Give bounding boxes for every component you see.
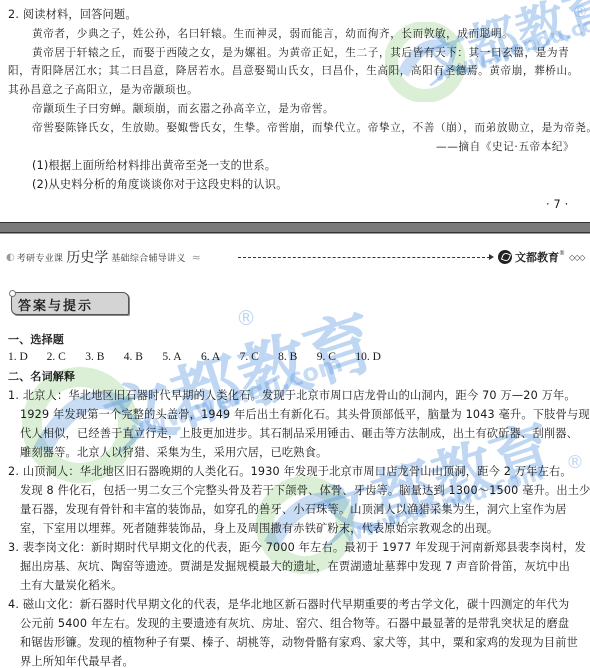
term-1-line-3: 代人相似，已经善于直立行走，上肢更加进步。其石制品采用锤击、砸击等方法制成，出土… bbox=[20, 427, 578, 441]
running-head: ◐ 考研专业课 历史学 基础综合辅导讲义 ≈ bbox=[6, 248, 201, 266]
term-2-line-1: 2. 山顶洞人：华北地区旧石器晚期的人类化石。1930 年发现于北京市周口店龙骨… bbox=[8, 465, 572, 479]
term-2-line-4: 室，下室用以埋葬。死者随葬装饰品，身上及周围撒有赤铁矿粉末，代表原始宗教观念的出… bbox=[20, 522, 498, 536]
cloud-curl-icon: ◐ bbox=[6, 252, 15, 263]
part1-title: 一、选择题 bbox=[8, 333, 64, 347]
term-1-line-2: 1929 年发现第一个完整的头盖骨，1949 年后出土有新化石。其头骨顶部低平，… bbox=[20, 408, 590, 422]
diamond-chain-icon: ◇◇◇ bbox=[569, 253, 584, 262]
cloud-swirl-icon: ≈ bbox=[192, 251, 201, 264]
brand-registered: ® bbox=[559, 250, 565, 257]
page-header-rule bbox=[0, 233, 590, 234]
brand-logo-icon bbox=[498, 250, 512, 264]
choice-answer: 10. D bbox=[355, 351, 394, 363]
question-title: 2. 阅读材料，回答问题。 bbox=[8, 8, 137, 22]
choice-answer: 1. D bbox=[8, 351, 47, 363]
running-head-subject: 历史学 bbox=[66, 247, 108, 267]
arrow-icon bbox=[489, 254, 494, 260]
choice-answer: 4. B bbox=[124, 351, 163, 363]
part2-title: 二、名词解释 bbox=[8, 370, 75, 384]
choice-answer: 8. B bbox=[278, 351, 317, 363]
running-head-suffix: 基础综合辅导讲义 bbox=[111, 251, 185, 264]
term-4-line-1: 4. 磁山文化：新石器时代早期文化的代表，是华北地区新石器时代早期重要的考古学文… bbox=[8, 598, 569, 612]
choice-answer: 5. A bbox=[162, 351, 201, 363]
brand-logo-group: 文都教育 ® ◇◇◇ bbox=[498, 249, 584, 265]
passage-line-6: 帝喾娶陈锋氏女，生放勋。娶娵訾氏女，生挚。帝喾崩，而挚代立。帝挚立，不善（崩），… bbox=[32, 121, 590, 135]
term-2-line-2: 发现 8 件化石，包括一男二女三个完整头骨及若干下颌骨、体骨、牙齿等。脑量达到 … bbox=[20, 484, 590, 498]
answer-section-label-text: 答案与提示 bbox=[18, 295, 93, 314]
choice-answer: 9. C bbox=[317, 351, 356, 363]
page-content: 2. 阅读材料，回答问题。 黄帝者，少典之子，姓公孙，名曰轩辕。生而神灵，弱而能… bbox=[0, 0, 590, 668]
sub-question-1: (1)根据上面所给材料排出黄帝至尧一支的世系。 bbox=[32, 159, 276, 173]
term-3-line-2: 掘出房基、灰坑、陶窑等遗迹。贾湖是发掘规模最大的遗址，在贾湖遗址墓葬中发现 7 … bbox=[20, 560, 570, 574]
passage-source: ——摘自《史记·五帝本纪》 bbox=[436, 140, 574, 154]
choice-answer: 7. C bbox=[240, 351, 279, 363]
passage-line-5: 帝颛顼生子曰穷蝉。颛顼崩，而玄嚣之孙高辛立，是为帝喾。 bbox=[32, 102, 334, 116]
passage-line-1: 黄帝者，少典之子，姓公孙，名曰轩辕。生而神灵，弱而能言，幼而徇齐，长而敦敏，成而… bbox=[32, 27, 513, 41]
choice-answers: 1. D 2. C 3. B 4. B 5. A 6. A 7. C 8. B … bbox=[8, 351, 394, 363]
choice-answer: 6. A bbox=[201, 351, 240, 363]
term-3-line-1: 3. 裴李岗文化：新时期时代早期文化的代表，距今 7000 年左右。最初于 19… bbox=[8, 541, 586, 555]
term-4-line-2: 公元前 5400 年左右。发现的主要遗迹有灰坑、房址、窑穴、组合物等。石器中最显… bbox=[20, 617, 569, 631]
term-4-line-3: 和锯齿形镰。发现的植物种子有粟、榛子、胡桃等，动物骨骼有家鸡、家犬等，其中，粟和… bbox=[20, 636, 578, 650]
passage-line-4: 其孙昌意之子高阳立，是为帝颛顼也。 bbox=[8, 83, 198, 97]
choice-answer: 3. B bbox=[85, 351, 124, 363]
term-4-line-4: 界上所知年代最早者。 bbox=[20, 655, 134, 668]
page-header-bar bbox=[0, 222, 590, 233]
running-head-dashed-line bbox=[238, 257, 490, 258]
answer-section-label: 答案与提示 bbox=[11, 292, 129, 315]
sub-question-2: (2)从史料分析的角度谈谈你对于这段史料的认识。 bbox=[32, 178, 288, 192]
document-page: 文都教育 www.wendu.com ® 文都教育 www.wendu.com … bbox=[0, 0, 590, 668]
brand-name: 文都教育 bbox=[515, 249, 559, 265]
page-number: · 7 · bbox=[546, 198, 568, 212]
label-pin-icon bbox=[9, 290, 16, 297]
passage-line-2: 黄帝居于轩辕之丘，而娶于西陵之女，是为嫘祖。为黄帝正妃，生二子，其后皆有天下：其… bbox=[32, 46, 569, 60]
term-1-line-4: 雕刻器等。北京人以狩猎、采集为生，采用穴居，已吃熟食。 bbox=[20, 446, 327, 460]
passage-line-3: 阳，青阳降居江水；其二曰昌意，降居若水。昌意娶蜀山氏女，曰昌仆，生高阳，高阳有圣… bbox=[8, 64, 579, 78]
running-head-prefix: 考研专业课 bbox=[17, 251, 64, 264]
term-3-line-3: 土有大量炭化稻米。 bbox=[20, 579, 123, 593]
term-2-line-3: 量石器，发现有骨针和丰富的装饰品，如穿孔的兽牙、小石珠等。山顶洞人以渔猎采集为生… bbox=[20, 503, 567, 517]
term-1-line-1: 1. 北京人：华北地区旧石器时代早期的人类化石。发现于北京市周口店龙骨山的山洞内… bbox=[8, 389, 576, 403]
choice-answer: 2. C bbox=[47, 351, 86, 363]
